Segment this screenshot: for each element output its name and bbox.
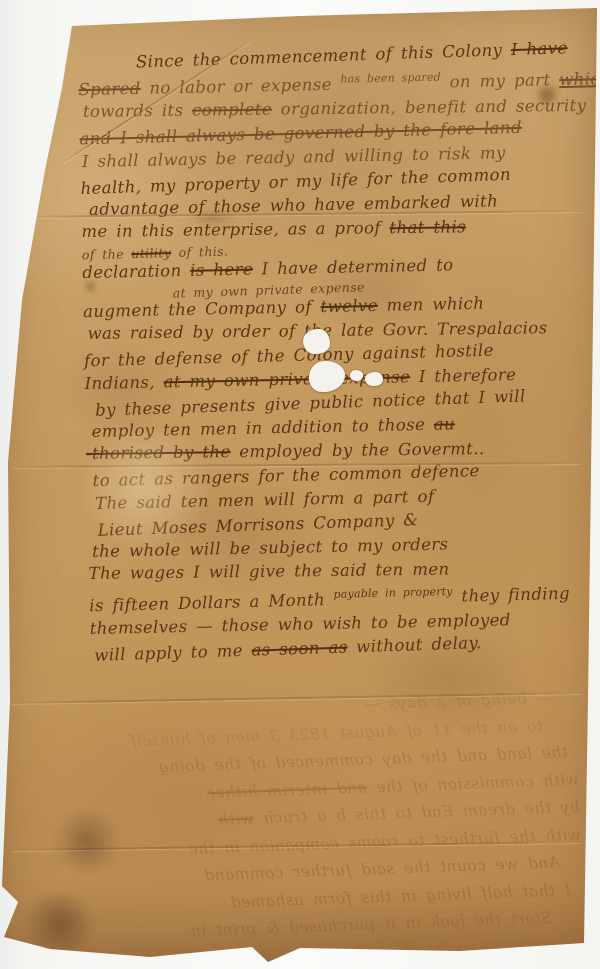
line-segment: I therefore — [410, 365, 517, 386]
line-segment: no labor or expense — [141, 75, 341, 98]
line-segment: the whole will be subject to my orders — [92, 535, 449, 561]
line-segment: complete — [192, 100, 272, 120]
line-segment: au — [434, 414, 456, 433]
line-segment: The wages I will give — [88, 561, 294, 583]
line-segment: -thorised by the — [86, 442, 231, 463]
manuscript-text: Since the commencement of this Colony I … — [78, 39, 577, 665]
line-segment: payable in property — [333, 585, 453, 601]
line-segment: employed by the Govermt.. — [230, 439, 484, 461]
line-segment: has been spared — [340, 71, 441, 86]
line-segment: which could — [559, 68, 600, 89]
archival-pencil-mark: h5-9 — [30, 19, 60, 33]
line-segment: the Company of — [168, 297, 321, 319]
line-segment: me in this enterprise, as a proof — [81, 218, 389, 241]
line-segment: — being of 2 days — — [364, 689, 553, 714]
line-segment: I have determined to — [253, 255, 454, 278]
line-segment: employ ten men in addition to those — [91, 415, 434, 441]
line-segment: is fifteen Dollars a Month — [89, 590, 334, 615]
line-segment: without delay. — [347, 633, 482, 656]
bleedthrough-text: — being of 2 days —to on the 11 of Augus… — [10, 684, 585, 952]
scan-background: h5-9 Since the commencement of this Colo… — [0, 0, 600, 969]
line-segment: on my part — [441, 70, 560, 91]
paper-hole — [350, 370, 363, 381]
line-segment: I have — [511, 38, 568, 59]
line-segment: men which — [378, 294, 485, 315]
line-segment: Spared — [78, 79, 141, 99]
line-segment: Indians, — [84, 372, 163, 393]
paper-hole — [303, 329, 330, 354]
line-segment: they finding — [453, 584, 571, 606]
line-segment: towards its — [83, 101, 192, 121]
line-segment: is here — [190, 260, 253, 280]
line-segment: with commission of the — [366, 770, 579, 796]
line-segment: with — [217, 810, 254, 829]
manuscript-paper: h5-9 Since the commencement of this Colo… — [0, 0, 600, 969]
line-segment: declaration — [82, 261, 190, 282]
line-segment: and interim hither — [207, 778, 367, 802]
line-segment: that this — [389, 217, 466, 237]
paper-hole — [365, 372, 383, 386]
line-segment: will apply to me — [94, 641, 252, 665]
line-segment: the said ten men — [294, 560, 450, 581]
line-segment: as soon as — [251, 637, 348, 659]
line-segment: augment — [83, 300, 169, 321]
line-segment: twelve — [320, 296, 378, 316]
